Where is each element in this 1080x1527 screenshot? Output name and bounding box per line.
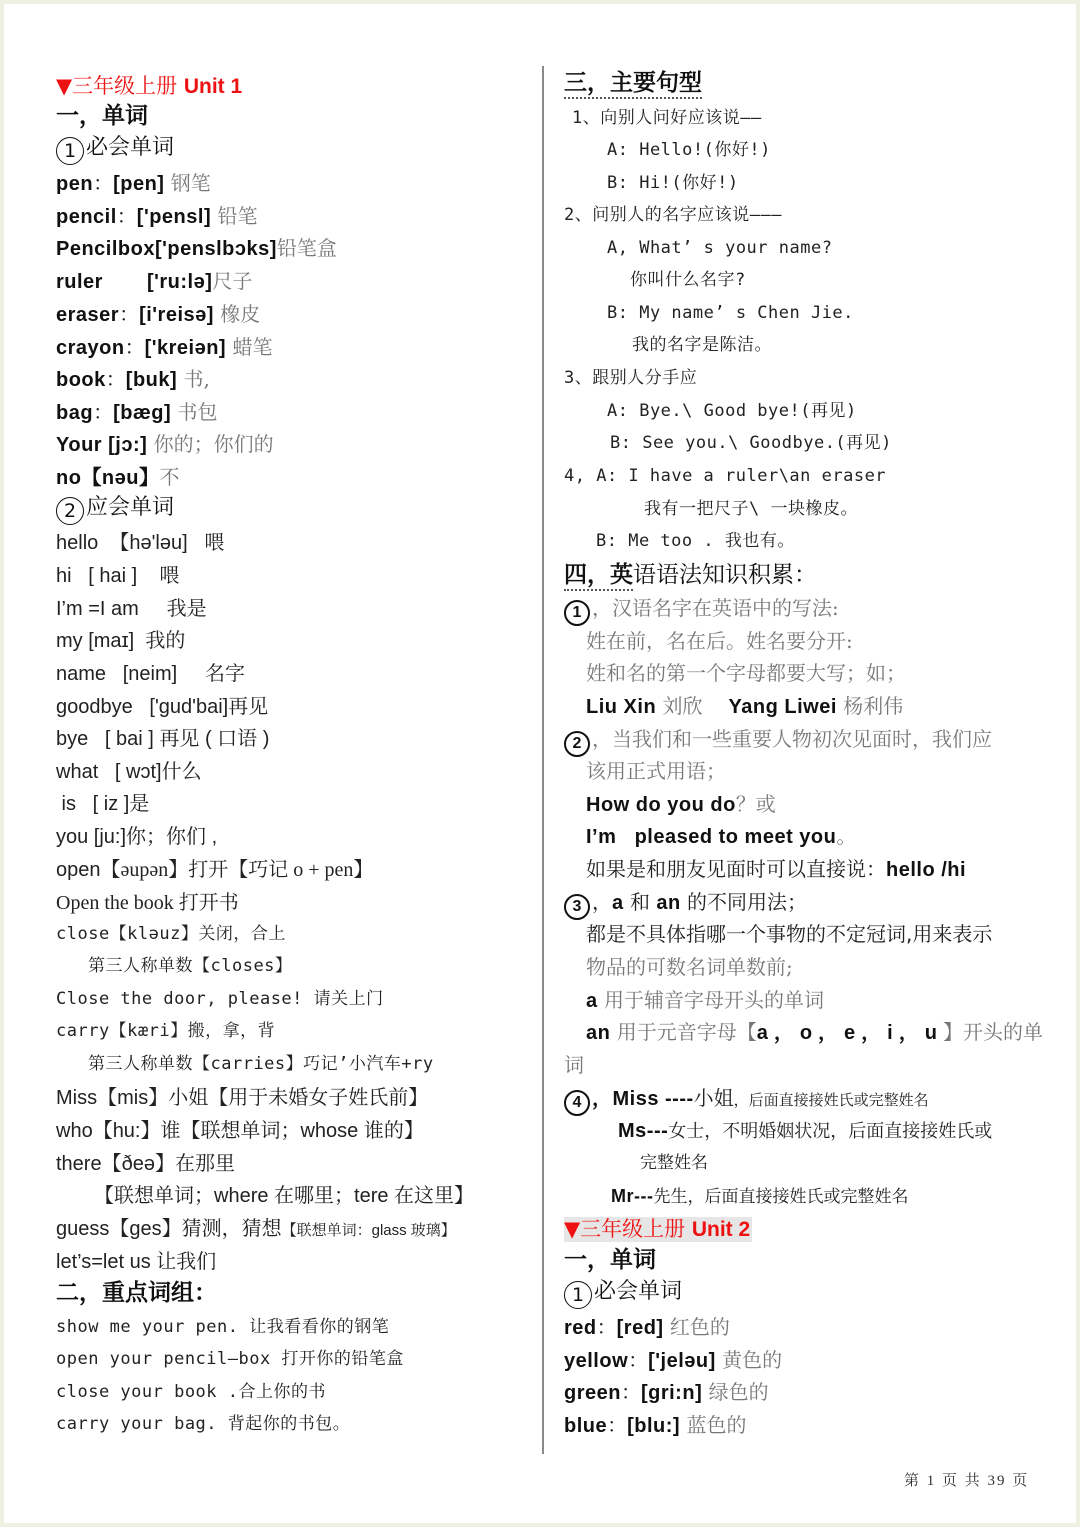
unit1-heading: ▼三年级上册 Unit 1 [56,76,242,97]
circled-number-icon: 2 [564,731,590,757]
circled-number-icon: 2 [56,497,84,525]
column-divider [542,66,544,1454]
grammar-text: 姓和名的第一个字母都要大写；如； [586,663,906,683]
grammar-point-1: 1，汉语名字在英语中的写法: [564,598,839,626]
vocab-item: close【kləuz】关闭，合上 [56,926,286,943]
grammar-text: Ms---女士，不明婚姻状况，后面直接接姓氏或 [618,1121,992,1141]
pattern-line: 3、跟别人分手应 [564,370,697,387]
phrase-item: open your pencil—box 打开你的铅笔盒 [56,1351,404,1368]
pattern-line: 你叫什么名字? [630,272,746,289]
pattern-line: A, What’ s your name? [607,240,832,257]
pattern-line: A: Hello!(你好!) [607,142,771,159]
grammar-point-2: 2，当我们和一些重要人物初次见面时，我们应 [564,729,992,757]
vocab-item: yellow：['jeləu] 黄色的 [564,1350,782,1371]
unit2-heading: ▼三年级上册 Unit 2 [564,1217,752,1242]
vocab-item: I’m =I am 我是 [56,599,207,619]
document-page: ▼三年级上册 Unit 1 一，单词 1必会单词 pen：[pen] 钢笔 pe… [4,4,1076,1523]
vocab-item: eraser：[i'reisə] 橡皮 [56,304,260,325]
vocab-item: goodbye ['ɡud'bai]再见 [56,697,268,717]
triangle-down-icon: ▼ [56,74,72,98]
section-patterns-heading: 三，主要句型 [564,72,702,95]
vocab-item: green：[gri:n] 绿色的 [564,1382,769,1403]
vocab-item: what [ wɔt]什么 [56,762,202,782]
vocab-item: Your [jɔ:] 你的；你们的 [56,434,274,455]
grammar-example: I’m pleased to meet you。 [586,826,856,847]
vocab-item: guess【ges】猜测，猜想【联想单词：glass 玻璃】 [56,1219,456,1239]
grammar-text: 物品的可数名词单数前; [586,957,793,977]
vocab-item: my [maɪ] 我的 [56,631,185,651]
phrase-item: close your book .合上你的书 [56,1384,326,1401]
grammar-example: Liu Xin 刘欣Yang Liwei 杨利伟 [586,696,903,717]
vocab-item: who【hu:】谁【联想单词；whose 谁的】 [56,1121,424,1141]
vocab-note: 第三人称单数【closes】 [88,958,292,975]
grammar-text: Mr---先生，后面直接接姓氏或完整姓名 [611,1187,908,1206]
section-phrases-heading: 二，重点词组： [56,1282,217,1305]
vocab-item: you [ju:]你；你们 , [56,827,217,847]
grammar-point-3: 3，a 和 an 的不同用法； [564,892,807,920]
grammar-text: an 用于元音字母【a，o，e，i，u】开头的单 [586,1022,1043,1043]
triangle-down-icon: ▼ [564,1217,580,1241]
vocab-item: pencil：['pensl] 铅笔 [56,206,257,227]
vocab-note: 第三人称单数【carries】巧记’小汽车+ry [88,1056,434,1073]
circled-number-icon: 1 [56,137,84,165]
grammar-text: 如果是和朋友见面时可以直接说：hello /hi [586,859,966,880]
section-grammar-heading: 四，英语语法知识积累： [564,564,817,587]
circled-number-icon: 3 [564,894,590,920]
vocab-item: open【əupən】打开【巧记 o + pen】 [56,860,373,880]
pattern-line: 1、向别人问好应该说—— [572,110,762,127]
vocab-item: ruler['ru:lə]尺子 [56,271,252,292]
vocab-item: book：[buk] 书, [56,369,210,390]
vocab-item: hello 【hə'ləu] 喂 [56,533,224,553]
must-words-heading: 1必会单词 [564,1281,682,1309]
vocab-example: Close the door, please! 请关上门 [56,991,384,1008]
vocab-item: carry【kæri】搬，拿，背 [56,1023,275,1040]
pattern-line: 4, A: I have a ruler\an eraser [564,468,886,485]
vocab-item: name [neim] 名字 [56,664,245,684]
vocab-item: Miss【mis】小姐【用于未婚女子姓氏前】 [56,1088,428,1108]
circled-number-icon: 4 [564,1090,590,1116]
pattern-line: B: Me too . 我也有。 [596,533,795,550]
pattern-line: A: Bye.\ Good bye!(再见) [607,403,857,420]
vocab-item: there【ðeə】在那里 [56,1154,235,1174]
circled-number-icon: 1 [564,1281,592,1309]
grammar-example: How do you do？或 [586,794,776,815]
grammar-text: 完整姓名 [640,1155,708,1172]
grammar-point-4: 4，Miss ----小姐，后面直接接姓氏或完整姓名 [564,1088,929,1116]
pattern-line: B: Hi!(你好!) [607,175,739,192]
section-words-heading: 一，单词 [56,105,148,128]
vocab-item: hi [ hai ] 喂 [56,566,179,586]
circled-number-icon: 1 [564,600,590,626]
phrase-item: show me your pen. 让我看看你的钢笔 [56,1319,389,1336]
vocab-item: crayon：['kreiən] 蜡笔 [56,337,272,358]
page-number: 第 1 页 共 39 页 [904,1469,1029,1490]
phrase-item: carry your bag. 背起你的书包。 [56,1416,350,1433]
vocab-item: is [ iz ]是 [56,794,149,814]
pattern-line: B: My name’ s Chen Jie. [607,305,854,322]
grammar-text: 词 [564,1055,584,1075]
should-words-heading: 2应会单词 [56,497,174,525]
pattern-line: B: See you.\ Goodbye.(再见) [610,435,892,452]
vocab-item: red：[red] 红色的 [564,1317,730,1338]
grammar-text: 姓在前，名在后。姓名要分开: [586,631,853,651]
vocab-example: Open the book 打开书 [56,893,239,913]
section-words-heading: 一，单词 [564,1249,656,1272]
vocab-item: pen：[pen] 钢笔 [56,173,211,194]
pattern-line: 我的名字是陈洁。 [632,337,772,354]
grammar-text: a 用于辅音字母开头的单词 [586,990,824,1011]
grammar-text: 该用正式用语； [586,761,726,781]
vocab-item: Pencilbox['penslbɔks]铅笔盒 [56,238,337,259]
vocab-item: bag：[bæg] 书包 [56,402,217,423]
grammar-text: 都是不具体指哪一个事物的不定冠词,用来表示 [586,924,992,944]
pattern-line: 我有一把尺子\ 一块橡皮。 [644,501,858,518]
vocab-item: bye [ bai ] 再见 ( 口语 ) [56,729,269,749]
vocab-item: let’s=let us 让我们 [56,1252,216,1272]
pattern-line: 2、问别人的名字应该说——— [564,207,782,224]
vocab-item: blue：[blu:] 蓝色的 [564,1415,746,1436]
vocab-note: 【联想单词；where 在哪里；tere 在这里】 [94,1186,474,1206]
vocab-item: no【nəu】不 [56,467,180,488]
must-words-heading: 1必会单词 [56,137,174,165]
